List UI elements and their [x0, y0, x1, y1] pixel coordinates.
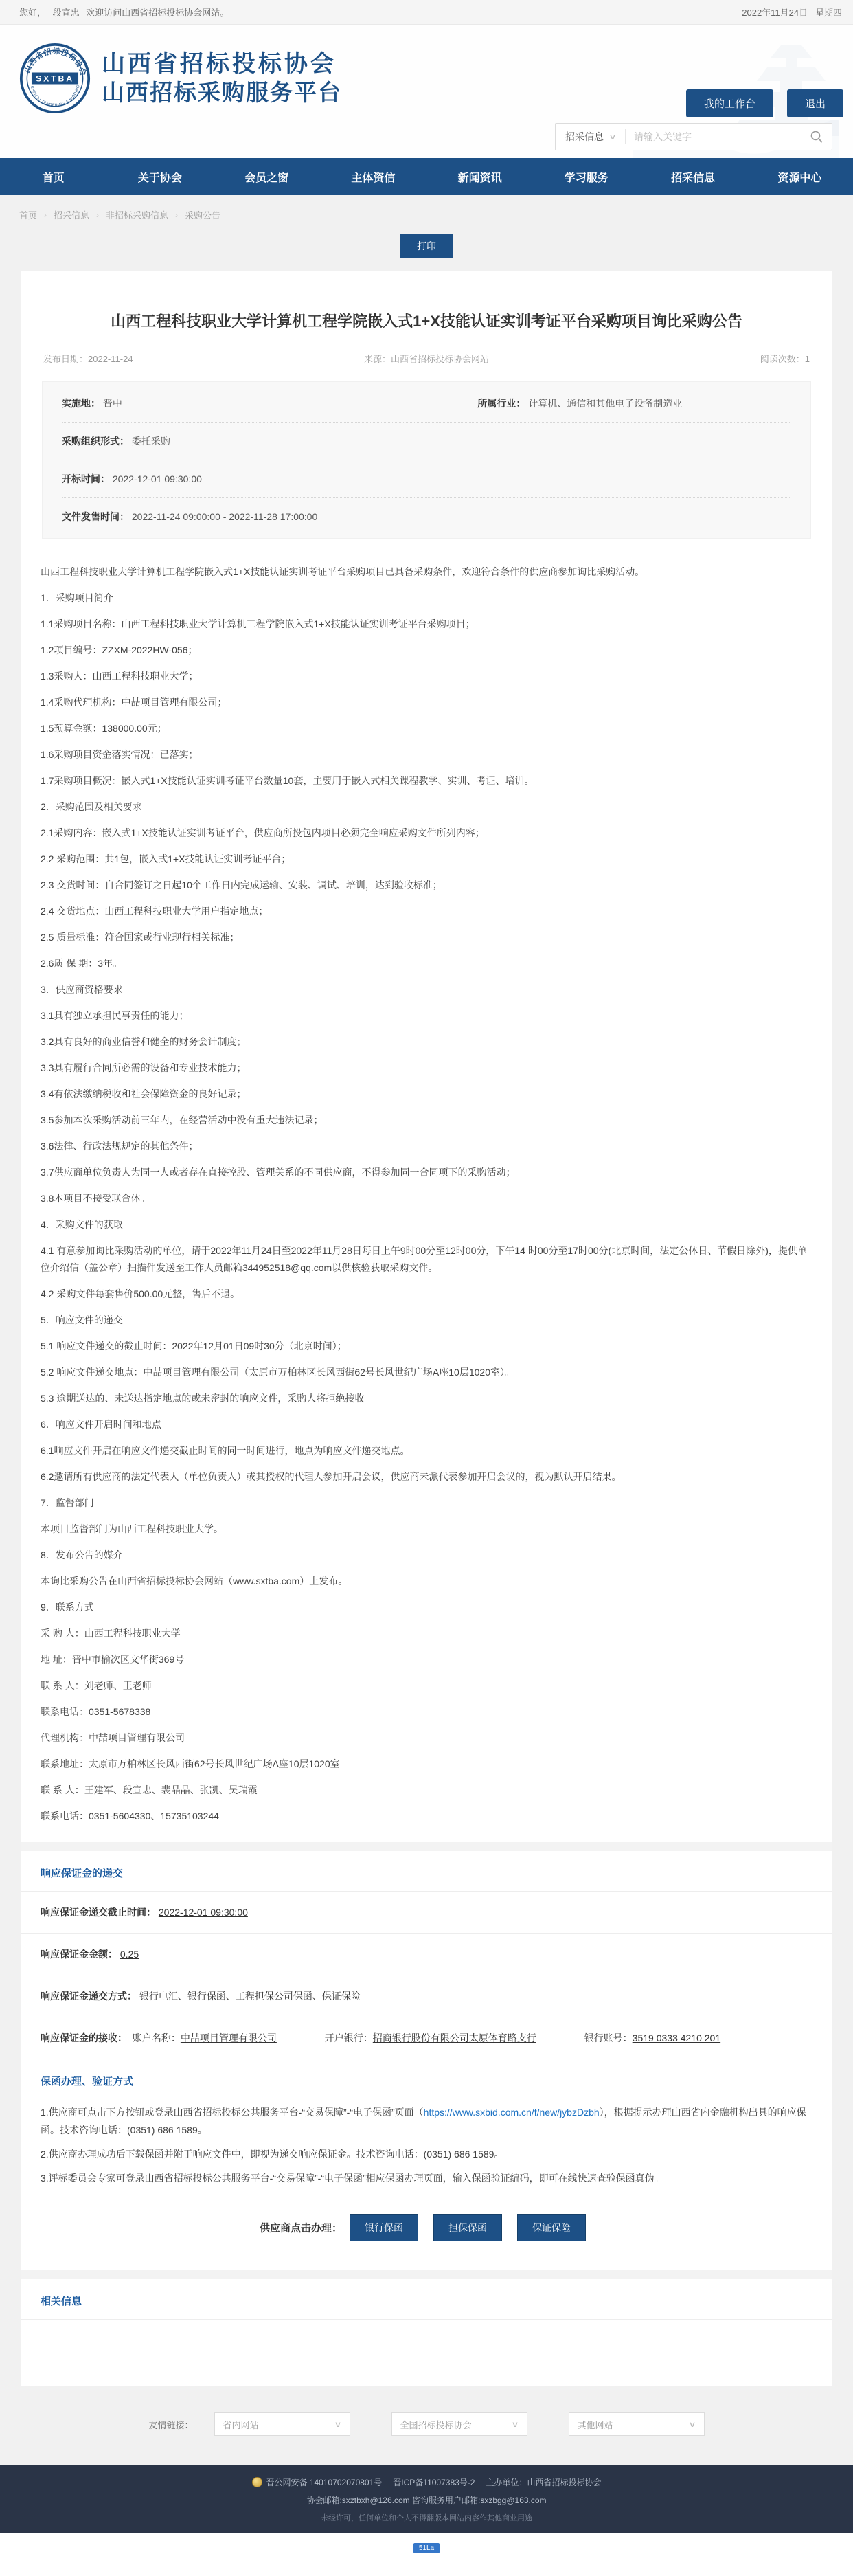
- workspace-button[interactable]: 我的工作台: [686, 89, 773, 117]
- nav-item[interactable]: 资源中心: [747, 169, 853, 185]
- nav-item[interactable]: 会员之窗: [214, 169, 320, 185]
- announcement-paragraph: 山西工程科技职业大学计算机工程学院嵌入式1+X技能认证实训考证平台采购项目已具备…: [41, 563, 812, 581]
- announcement-paragraph: 4.2 采购文件每套售价500.00元整，售后不退。: [41, 1286, 812, 1303]
- related-info-section-title: 相关信息: [21, 2279, 832, 2320]
- friend-link-select-value: 其他网站: [578, 2418, 613, 2431]
- info-row-opening-time: 开标时间： 2022-12-01 09:30:00: [62, 460, 791, 498]
- guarantee-receive-row: 响应保证金的接收： 账户名称：中喆项目管理有限公司 开户银行：招商银行股份有限公…: [21, 2017, 832, 2059]
- announcement-paragraph: 5.3 逾期送达的、未送达指定地点的或未密封的响应文件，采购人将拒绝接收。: [41, 1390, 812, 1407]
- announcement-paragraph: 联 系 人：刘老师、王老师: [41, 1677, 812, 1694]
- logout-button[interactable]: 退出: [787, 89, 843, 117]
- announcement-paragraph: 7．监督部门: [41, 1494, 812, 1512]
- header-right: 我的工作台 退出 招采信息 ∨: [555, 25, 843, 150]
- announcement-paragraph: 联系地址：太原市万柏林区长风西街62号长风世纪广场A座10层1020室: [41, 1756, 812, 1773]
- stat-counter-badge[interactable]: 51La: [413, 2543, 440, 2553]
- breadcrumb-feizhaobiao[interactable]: 非招标采购信息: [106, 208, 168, 221]
- info-row-location-industry: 实施地： 晋中 所属行业： 计算机、通信和其他电子设备制造业: [62, 385, 791, 423]
- page-title: 山西工程科技职业大学计算机工程学院嵌入式1+X技能认证实训考证平台采购项目询比采…: [69, 309, 784, 334]
- friend-links: 友情链接： 省内网站 ∨ 全国招标投标协会 ∨ 其他网站 ∨: [0, 2386, 853, 2465]
- article-source: 来源：山西省招标投标协会网站: [299, 352, 554, 365]
- current-date: 2022年11月24日: [742, 8, 808, 18]
- search-box: 招采信息 ∨: [555, 123, 832, 150]
- friend-link-select[interactable]: 全国招标投标协会 ∨: [391, 2412, 527, 2436]
- guarantee-deadline-label: 响应保证金递交截止时间：: [41, 1907, 156, 1918]
- guarantee-apply-button[interactable]: 担保保函: [433, 2214, 502, 2241]
- announcement-paragraph: 5.2 响应文件递交地点：中喆项目管理有限公司（太原市万柏林区长风西街62号长风…: [41, 1364, 812, 1381]
- view-count-value: 1: [805, 354, 810, 364]
- source-label: 来源：: [364, 354, 391, 364]
- nav-item[interactable]: 首页: [0, 169, 106, 185]
- announcement-paragraph: 2.6质 保 期：3年。: [41, 955, 812, 972]
- announcement-paragraph: 本项目监督部门为山西工程科技职业大学。: [41, 1521, 812, 1538]
- guarantee-bank: 开户银行：招商银行股份有限公司太原体育路支行: [325, 2032, 539, 2043]
- section-divider-band: [21, 2270, 832, 2279]
- search-input[interactable]: [626, 131, 801, 142]
- chevron-down-icon: ∨: [609, 133, 616, 142]
- guarantee-method-label: 响应保证金递交方式：: [41, 1991, 137, 2002]
- announcement-paragraph: 3．供应商资格要求: [41, 981, 812, 998]
- announcement-paragraph: 1.6采购项目资金落实情况：已落实；: [41, 746, 812, 763]
- site-header: 山西省招标投标协会 SXTBA SHAN XI TENDERING & BIDD…: [0, 25, 853, 158]
- announcement-paragraph: 5.1 响应文件递交的截止时间：2022年12月01日09时30分（北京时间）；: [41, 1338, 812, 1355]
- site-title: 山西省招标投标协会 山西招标采购服务平台: [102, 50, 342, 107]
- letter-instructions: 1.供应商可点击下方按钮或登录山西省招标投标公共服务平台-“交易保障”-“电子保…: [21, 2091, 832, 2196]
- announcement-paragraph: 6.1响应文件开启在响应文件递交截止时间的同一时间进行，地点为响应文件递交地点。: [41, 1442, 812, 1459]
- guarantee-account-name: 账户名称：中喆项目管理有限公司: [133, 2032, 280, 2043]
- announcement-paragraph: 1.7采购项目概况：嵌入式1+X技能认证实训考证平台数量10套，主要用于嵌入式相…: [41, 772, 812, 789]
- announcement-paragraph: 2．采购范围及相关要求: [41, 798, 812, 816]
- search-category-label: 招采信息: [565, 130, 604, 144]
- breadcrumb-separator-icon: ›: [175, 210, 178, 220]
- announcement-body: 山西工程科技职业大学计算机工程学院嵌入式1+X技能认证实训考证平台采购项目已具备…: [21, 539, 832, 1842]
- announcement-paragraph: 地 址：晋中市榆次区文华街369号: [41, 1651, 812, 1668]
- announcement-card: 山西工程科技职业大学计算机工程学院嵌入式1+X技能认证实训考证平台采购项目询比采…: [21, 271, 832, 2386]
- guarantee-deadline-value: 2022-12-01 09:30:00: [159, 1907, 248, 1918]
- icp-beian-number[interactable]: 晋ICP备11007383号-2: [393, 2476, 475, 2488]
- announcement-paragraph: 3.5参加本次采购活动前三年内，在经营活动中没有重大违法记录；: [41, 1112, 812, 1129]
- industry-label: 所属行业：: [477, 398, 525, 409]
- main-nav: 首页 关于协会 会员之窗 主体资信 新闻资讯 学习服务 招采信息 资源中心: [0, 158, 853, 195]
- organizer-text: 主办单位：山西省招标投标协会: [486, 2476, 601, 2488]
- letter-line3: 3.评标委员会专家可登录山西省招标投标公共服务平台-“交易保障”-“电子保函”相…: [41, 2169, 812, 2187]
- guarantee-method-value: 银行电汇、银行保函、工程担保公司保函、保证保险: [139, 1991, 361, 2002]
- breadcrumb-home[interactable]: 首页: [19, 208, 37, 221]
- guarantee-amount-row: 响应保证金金额： 0.25: [21, 1934, 832, 1975]
- account-no-value: 3519 0333 4210 201: [633, 2032, 720, 2043]
- letter-line1-pre: 1.供应商可点击下方按钮或登录山西省招标投标公共服务平台-“交易保障”-“电子保…: [41, 2107, 424, 2118]
- announcement-paragraph: 9．联系方式: [41, 1599, 812, 1616]
- search-icon: [810, 130, 823, 144]
- friend-link-select-value: 全国招标投标协会: [400, 2418, 472, 2431]
- friend-links-selects: 省内网站 ∨ 全国招标投标协会 ∨ 其他网站 ∨: [214, 2412, 705, 2436]
- welcome-text: 您好， 段宣忠 欢迎访问山西省招标投标协会网站。: [19, 5, 233, 19]
- view-count-label: 阅读次数：: [760, 354, 805, 364]
- apply-row: 供应商点击办理：银行保函担保保函保证保险: [21, 2196, 832, 2247]
- announcement-paragraph: 1.3采购人：山西工程科技职业大学；: [41, 668, 812, 685]
- announcement-paragraph: 3.6法律、行政法规规定的其他条件；: [41, 1138, 812, 1155]
- organization-form-value: 委托采购: [132, 436, 170, 447]
- brand-area: 山西省招标投标协会 SXTBA SHAN XI TENDERING & BIDD…: [19, 43, 342, 114]
- guarantee-account-no: 银行账号：3519 0333 4210 201: [584, 2032, 720, 2043]
- breadcrumb-current: 采购公告: [185, 208, 220, 221]
- announcement-paragraph: 4.1 有意参加询比采购活动的单位，请于2022年11月24日至2022年11月…: [41, 1242, 812, 1277]
- nav-item[interactable]: 关于协会: [106, 169, 213, 185]
- friend-links-label: 友情链接：: [148, 2418, 193, 2431]
- breadcrumb-zhaocai[interactable]: 招采信息: [54, 208, 89, 221]
- print-button[interactable]: 打印: [400, 234, 453, 258]
- footer-notice: 未经许可，任何单位和个人不得翻版本网站内容作其他商业用途: [0, 2512, 853, 2523]
- opening-time-label: 开标时间：: [62, 473, 110, 484]
- article-meta: 发布日期：2022-11-24 来源：山西省招标投标协会网站 阅读次数：1: [21, 352, 832, 381]
- site-footer: 晋公网安备 14010702070801号 晋ICP备11007383号-2 主…: [0, 2465, 853, 2533]
- announcement-paragraph: 2.5 质量标准：符合国家或行业现行相关标准；: [41, 929, 812, 946]
- chevron-down-icon: ∨: [689, 2420, 696, 2429]
- announcement-paragraph: 1.5预算金额：138000.00元；: [41, 720, 812, 737]
- location-label: 实施地：: [62, 398, 100, 409]
- friend-link-select-value: 省内网站: [223, 2418, 259, 2431]
- announcement-paragraph: 1.4采购代理机构：中喆项目管理有限公司；: [41, 694, 812, 711]
- guarantee-amount-label: 响应保证金金额：: [41, 1949, 117, 1960]
- section-divider-band: [21, 1842, 832, 1851]
- bank-value: 招商银行股份有限公司太原体育路支行: [373, 2032, 536, 2043]
- letter-line2: 2.供应商办理成功后下载保函并附于响应文件中，即视为递交响应保证金。技术咨询电话…: [41, 2145, 812, 2163]
- sale-time-value: 2022-11-24 09:00:00 - 2022-11-28 17:00:0…: [132, 511, 317, 522]
- info-row-sale-time: 文件发售时间： 2022-11-24 09:00:00 - 2022-11-28…: [62, 498, 791, 535]
- greeting-prefix: 您好，: [19, 8, 46, 18]
- guarantee-section-title: 响应保证金的递交: [21, 1851, 832, 1892]
- search-button[interactable]: [801, 130, 832, 144]
- breadcrumb: 首页 › 招采信息 › 非招标采购信息 › 采购公告: [0, 195, 853, 229]
- location-value: 晋中: [103, 398, 122, 409]
- announcement-paragraph: 8．发布公告的媒介: [41, 1547, 812, 1564]
- view-count: 阅读次数：1: [554, 352, 810, 365]
- e-guarantee-link[interactable]: https://www.sxbid.com.cn/f/new/jybzDzbh: [424, 2107, 600, 2118]
- announcement-paragraph: 3.7供应商单位负责人为同一人或者存在直接控股、管理关系的不同供应商，不得参加同…: [41, 1164, 812, 1181]
- account-name-value: 中喆项目管理有限公司: [181, 2032, 277, 2043]
- nav-item[interactable]: 新闻资讯: [427, 169, 533, 185]
- nav-item[interactable]: 招采信息: [640, 169, 747, 185]
- opening-time-value: 2022-12-01 09:30:00: [113, 473, 202, 484]
- source-value: 山西省招标投标协会网站: [391, 354, 489, 364]
- announcement-paragraph: 1.2项目编号：ZZXM-2022HW-056；: [41, 642, 812, 659]
- apply-buttons: 银行保函担保保函保证保险: [342, 2221, 593, 2233]
- announcement-paragraph: 3.3具有履行合同所必需的设备和专业技术能力；: [41, 1060, 812, 1077]
- apply-label: 供应商点击办理：: [260, 2223, 342, 2235]
- nav-item[interactable]: 主体资信: [320, 169, 427, 185]
- search-category-dropdown[interactable]: 招采信息 ∨: [556, 129, 626, 144]
- security-badge-icon: [252, 2477, 262, 2487]
- announcement-paragraph: 联系电话：0351-5604330、15735103244: [41, 1808, 812, 1825]
- association-logo: 山西省招标投标协会 SXTBA SHAN XI TENDERING & BIDD…: [19, 43, 91, 114]
- friend-link-select[interactable]: 省内网站 ∨: [214, 2412, 350, 2436]
- announcement-paragraph: 3.4有依法缴纳税收和社会保障资金的良好记录；: [41, 1086, 812, 1103]
- breadcrumb-separator-icon: ›: [44, 210, 47, 220]
- announcement-paragraph: 3.8本项目不接受联合体。: [41, 1190, 812, 1207]
- breadcrumb-separator-icon: ›: [96, 210, 99, 220]
- footer-beian-line: 晋公网安备 14010702070801号 晋ICP备11007383号-2 主…: [0, 2476, 853, 2488]
- info-row-organization: 采购组织形式： 委托采购: [62, 423, 791, 460]
- announcement-paragraph: 3.2具有良好的商业信誉和健全的财务会计制度；: [41, 1033, 812, 1051]
- topbar: 您好， 段宣忠 欢迎访问山西省招标投标协会网站。 2022年11月24日 星期四: [0, 0, 853, 25]
- announcement-paragraph: 2.2 采购范围：共1包，嵌入式1+X技能认证实训考证平台；: [41, 851, 812, 868]
- letter-section-title: 保函办理、验证方式: [21, 2059, 832, 2091]
- sale-time-label: 文件发售时间：: [62, 511, 129, 522]
- guarantee-apply-button[interactable]: 保证保险: [517, 2214, 586, 2241]
- publish-date-label: 发布日期：: [43, 354, 88, 364]
- guarantee-amount-value: 0.25: [120, 1949, 139, 1960]
- account-name-label: 账户名称：: [133, 2032, 181, 2043]
- bank-label: 开户银行：: [325, 2032, 373, 2043]
- announcement-paragraph: 2.4 交货地点：山西工程科技职业大学用户指定地点；: [41, 903, 812, 920]
- date-text: 2022年11月24日 星期四: [742, 5, 842, 19]
- announcement-paragraph: 采 购 人：山西工程科技职业大学: [41, 1625, 812, 1642]
- announcement-paragraph: 2.1采购内容：嵌入式1+X技能认证实训考证平台，供应商所投包内项目必须完全响应…: [41, 825, 812, 842]
- guarantee-method-row: 响应保证金递交方式： 银行电汇、银行保函、工程担保公司保函、保证保险: [21, 1975, 832, 2017]
- announcement-paragraph: 2.3 交货时间：自合同签订之日起10个工作日内完成运输、安装、调试、培训，达到…: [41, 877, 812, 894]
- logo-abbr: SXTBA: [36, 74, 74, 83]
- guarantee-apply-button[interactable]: 银行保函: [350, 2214, 418, 2241]
- gongan-beian-number[interactable]: 晋公网安备 14010702070801号: [266, 2476, 383, 2488]
- organization-form-label: 采购组织形式：: [62, 436, 129, 447]
- announcement-paragraph: 代理机构：中喆项目管理有限公司: [41, 1729, 812, 1747]
- site-title-line2: 山西招标采购服务平台: [102, 79, 342, 107]
- announcement-paragraph: 4．采购文件的获取: [41, 1216, 812, 1233]
- site-title-line1: 山西省招标投标协会: [102, 50, 342, 78]
- publish-date: 发布日期：2022-11-24: [43, 352, 299, 365]
- beian-gongan: 晋公网安备 14010702070801号: [252, 2476, 383, 2488]
- announcement-paragraph: 6．响应文件开启时间和地点: [41, 1416, 812, 1433]
- letter-line1: 1.供应商可点击下方按钮或登录山西省招标投标公共服务平台-“交易保障”-“电子保…: [41, 2103, 812, 2139]
- announcement-paragraph: 3.1具有独立承担民事责任的能力；: [41, 1007, 812, 1024]
- nav-item[interactable]: 学习服务: [533, 169, 639, 185]
- username: 段宣忠: [53, 8, 80, 18]
- project-info-box: 实施地： 晋中 所属行业： 计算机、通信和其他电子设备制造业 采购组织形式： 委…: [42, 381, 811, 539]
- greeting-suffix: 欢迎访问山西省招标投标协会网站。: [86, 8, 229, 18]
- publish-date-value: 2022-11-24: [88, 354, 133, 364]
- chevron-down-icon: ∨: [512, 2420, 519, 2429]
- account-no-label: 银行账号：: [584, 2032, 633, 2043]
- announcement-paragraph: 联 系 人：王建军、段宣忠、裴晶晶、张凯、吴瑞霞: [41, 1782, 812, 1799]
- announcement-paragraph: 5．响应文件的递交: [41, 1312, 812, 1329]
- announcement-paragraph: 6.2邀请所有供应商的法定代表人（单位负责人）或其授权的代理人参加开启会议，供应…: [41, 1468, 812, 1486]
- print-row: 打印: [0, 229, 853, 271]
- friend-link-select[interactable]: 其他网站 ∨: [569, 2412, 705, 2436]
- current-weekday: 星期四: [815, 8, 842, 18]
- guarantee-deadline-row: 响应保证金递交截止时间： 2022-12-01 09:30:00: [21, 1892, 832, 1934]
- announcement-paragraph: 1．采购项目简介: [41, 590, 812, 607]
- chevron-down-icon: ∨: [334, 2420, 342, 2429]
- footer-email-line: 协会邮箱:sxztbxh@126.com 咨询服务用户邮箱:sxzbgg@163…: [0, 2494, 853, 2506]
- announcement-paragraph: 1.1采购项目名称：山西工程科技职业大学计算机工程学院嵌入式1+X技能认证实训考…: [41, 616, 812, 633]
- page-body: 首页 › 招采信息 › 非招标采购信息 › 采购公告 打印 山西工程科技职业大学…: [0, 195, 853, 2465]
- guarantee-receive-label: 响应保证金的接收：: [41, 2032, 127, 2043]
- announcement-paragraph: 联系电话：0351-5678338: [41, 1703, 812, 1721]
- bottom-strip: 51La: [0, 2533, 853, 2563]
- announcement-paragraph: 本询比采购公告在山西省招标投标协会网站（www.sxtba.com）上发布。: [41, 1573, 812, 1590]
- industry-value: 计算机、通信和其他电子设备制造业: [528, 398, 682, 409]
